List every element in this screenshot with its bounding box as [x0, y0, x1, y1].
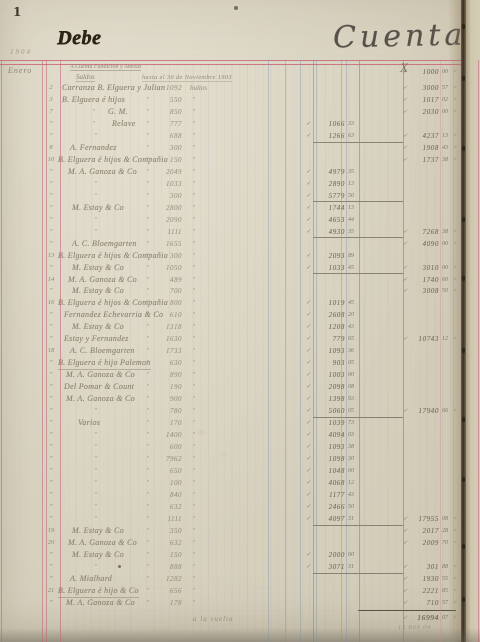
payee-name: ”	[94, 561, 97, 573]
ditto-mark: ”	[192, 501, 198, 513]
ditto-mark: ”	[192, 190, 198, 202]
ledger-row: ”M. Estay & Co”700”✓300850a	[0, 285, 480, 297]
ink-speck	[234, 6, 238, 10]
payee-name: M. Estay & Co	[72, 202, 124, 214]
entry-quantity: 610	[152, 309, 182, 321]
outer-amount: 2009	[408, 537, 439, 549]
ledger-row: ”””2090”✓465344	[0, 214, 480, 226]
ditto-mark: ”	[192, 154, 198, 166]
inner-amount-cents: 89	[348, 250, 359, 262]
payee-name: ”	[94, 214, 97, 226]
ditto-mark: ”	[192, 285, 198, 297]
entry-quantity: 850	[152, 106, 182, 118]
ditto-mark: ”	[192, 393, 198, 405]
inner-amount-cents: 08	[348, 381, 359, 393]
ledger-row: 18A. C. Bloemgarten”1733”✓109336	[0, 345, 480, 357]
entry-quantity: 777	[152, 118, 182, 130]
carry-forward-note: a la vuelta	[193, 615, 234, 623]
inner-amount-cents: 35	[348, 166, 359, 178]
ledger-row: 19M. Estay & Co”350”✓201728a	[0, 525, 480, 537]
outer-amount: 301	[408, 561, 439, 573]
ditto-mark: ”	[192, 369, 198, 381]
entry-quantity: 178	[152, 597, 182, 609]
entry-quantity: 1655	[152, 238, 182, 250]
ditto-mark: ”	[192, 477, 198, 489]
ditto-mark: ”	[192, 597, 198, 609]
ledger-row: ”””780”✓506005✓1794066a	[0, 405, 480, 417]
payee-name: G. M.	[108, 106, 128, 118]
ditto-mark: ”	[192, 381, 198, 393]
ditto-mark: ”	[192, 357, 198, 369]
payee-name: M. A. Ganoza & Co	[66, 369, 135, 381]
ledger-row: ”M. A. Ganoza & Co”178”✓71057a	[0, 597, 480, 609]
payee-name: ”	[94, 453, 97, 465]
inner-amount-cents: 43	[348, 321, 359, 333]
entry-quantity: 1111	[152, 226, 182, 238]
entry-quantity: 1111	[152, 513, 182, 525]
column-rule	[285, 60, 286, 642]
ditto-mark: ”	[192, 513, 198, 525]
outer-amount: 1000	[408, 66, 439, 78]
inner-amount-cents: 13	[348, 178, 359, 190]
ditto-mark: ”	[192, 94, 198, 106]
entry-quantity: 150	[152, 154, 182, 166]
payee-name: M. A. Ganoza & Co	[68, 537, 137, 549]
ledger-row: ”B. Elguera é hijo Palemon”630”✓90305	[0, 357, 480, 369]
ditto-mark: ”	[192, 321, 198, 333]
payee-name: M. A. Ganoza & Co	[66, 393, 135, 405]
ledger-row: 20M. A. Ganoza & Co”632”✓200970a	[0, 537, 480, 549]
ledger-row: ”””1111”✓493035✓726838a	[0, 226, 480, 238]
ditto-mark: ”	[192, 262, 198, 274]
outer-amount: 1908	[408, 142, 439, 154]
entry-quantity: 150	[152, 549, 182, 561]
entry-quantity: 1282	[152, 573, 182, 585]
ledger-page: 1 Debe Cuenta 1904 Enero A Cuenta Fundic…	[0, 0, 480, 642]
ledger-row: ”A. Mialhard”1282”✓193055a	[0, 573, 480, 585]
entry-quantity: 890	[152, 369, 182, 381]
payee-name: A. Fernandez	[70, 142, 117, 154]
ledger-row: 13B. Elguera é hijos & Compañia”300”✓209…	[0, 250, 480, 262]
ledger-row: 21B. Elguera é hijo & Co”656”✓222185a	[0, 585, 480, 597]
entry-quantity: 489	[152, 274, 182, 286]
entry-quantity: 7962	[152, 453, 182, 465]
payee-name: ”	[94, 477, 97, 489]
entry-quantity: 632	[152, 537, 182, 549]
ledger-row: ”””300”✓577950	[0, 190, 480, 202]
entry-quantity: 1033	[152, 178, 182, 190]
payee-name: ”	[94, 441, 97, 453]
stitch-dot	[462, 24, 466, 29]
payee-name: M. A. Ganoza & Co	[68, 166, 137, 178]
inner-amount-cents: 31	[348, 561, 359, 573]
ledger-row: ”””840”✓117743	[0, 489, 480, 501]
inner-amount-cents: 12	[348, 477, 359, 489]
entry-quantity: 2049	[152, 166, 182, 178]
ledger-row: ”””1400”✓409403	[0, 429, 480, 441]
ditto-mark: ”	[192, 405, 198, 417]
inner-amount-cents: 03	[348, 429, 359, 441]
outer-amount: 3008	[408, 285, 439, 297]
inner-amount-cents: 63	[348, 130, 359, 142]
payee-name: ”	[94, 226, 97, 238]
entry-quantity: 300	[152, 142, 182, 154]
entry-quantity: 300	[152, 250, 182, 262]
ledger-row: 3B. Elguera é hijos”550”✓101702a	[0, 94, 480, 106]
ledger-row: ”””600”✓109338	[0, 441, 480, 453]
payee-name: ”	[94, 178, 97, 190]
ditto-mark: ”	[192, 441, 198, 453]
ledger-row: 2Carranza B. Elguera y Julian1092bultos✓…	[0, 82, 480, 94]
entry-quantity: 300	[152, 190, 182, 202]
outer-amount: 7268	[408, 226, 439, 238]
ledger-row: ”””1111”✓409731✓1795508a	[0, 513, 480, 525]
ledger-row: ”””888”✓307131✓30188a	[0, 561, 480, 573]
inner-amount-cents: 05	[348, 357, 359, 369]
opening-row: ✓100000a	[0, 66, 480, 78]
outer-amount: 3010	[408, 262, 439, 274]
ditto-mark: ”	[192, 274, 198, 286]
entry-quantity: 600	[152, 441, 182, 453]
ditto-mark: ”	[192, 525, 198, 537]
stitch-dot	[462, 76, 466, 81]
column-rule	[1, 60, 2, 642]
payee-name: Relave	[112, 118, 136, 130]
ledger-row: ”M. A. Ganoza & Co”900”✓139893	[0, 393, 480, 405]
stitch-dot	[462, 417, 466, 422]
entry-quantity: 656	[152, 585, 182, 597]
ditto-mark: ”	[92, 118, 100, 130]
entry-quantity: 632	[152, 501, 182, 513]
ledger-row: ”””100”✓406812	[0, 477, 480, 489]
entry-quantity: 900	[152, 393, 182, 405]
outer-amount: 4090	[408, 238, 439, 250]
entry-quantity: 888	[152, 561, 182, 573]
inner-amount-cents: 20	[348, 309, 359, 321]
payee-name: ”	[94, 190, 97, 202]
payee-name: M. Estay & Co	[72, 321, 124, 333]
column-rule	[453, 60, 454, 642]
column-rule	[478, 60, 479, 642]
outer-amount: 1017	[408, 94, 439, 106]
outer-amount: 10743	[408, 333, 439, 345]
entry-quantity: 170	[152, 417, 182, 429]
inner-amount-cents: 31	[348, 513, 359, 525]
payee-name: M. Estay & Co	[72, 285, 124, 297]
stitch-dot	[462, 348, 466, 353]
column-rule	[60, 60, 61, 642]
inner-amount-cents: 30	[348, 453, 359, 465]
entry-quantity: 1400	[152, 429, 182, 441]
ditto-mark: ”	[192, 297, 198, 309]
payee-name: M. A. Ganoza & Co	[66, 597, 135, 609]
ledger-row: ””Relave”777”✓106633	[0, 118, 480, 130]
stitch-dot	[462, 276, 466, 281]
rows-layer: ✓100000a2Carranza B. Elguera y Julian109…	[0, 0, 480, 642]
ledger-row: ”””1033”✓289013	[0, 178, 480, 190]
payee-name: B. Elguera é hijos	[62, 94, 125, 106]
inner-amount-cents: 65	[348, 333, 359, 345]
inner-amount-cents: 33	[348, 118, 359, 130]
column-rule	[341, 60, 342, 642]
ditto-mark: ”	[192, 118, 198, 130]
ledger-row: 7”G. M.”850”✓203000a	[0, 106, 480, 118]
inner-amount-cents: 05	[348, 405, 359, 417]
outer-amount: 17955	[408, 513, 439, 525]
outer-amount: 1740	[408, 274, 439, 286]
ditto-mark: ”	[192, 106, 198, 118]
payee-name: Carranza B. Elguera y Julian	[62, 82, 165, 94]
payee-name: M. Estay & Co	[72, 549, 124, 561]
stitch-dot	[462, 146, 466, 151]
inner-amount-cents: 43	[348, 489, 359, 501]
ink-speck	[118, 565, 121, 568]
entry-quantity: 2800	[152, 202, 182, 214]
ditto-mark: ”	[192, 453, 198, 465]
stitch-dot	[462, 544, 466, 549]
stitch-dot	[462, 477, 466, 482]
ditto-mark: ”	[192, 561, 198, 573]
total-rule	[358, 610, 456, 611]
bottom-edge-shadow	[0, 628, 480, 642]
entry-quantity: 1733	[152, 345, 182, 357]
ledger-row: ”Estay y Fernandez”1630”✓77965✓1074312a	[0, 333, 480, 345]
quantity-unit: bultos	[190, 82, 234, 94]
column-rule	[313, 60, 314, 642]
ditto-mark: ”	[192, 214, 198, 226]
ditto-mark: ”	[192, 309, 198, 321]
ledger-row: ”M. Estay & Co”150”✓200000	[0, 549, 480, 561]
payee-name: ”	[94, 465, 97, 477]
payee-name: M. Estay & Co	[72, 262, 124, 274]
ledger-row: ”Del Pomar & Count”190”✓209808	[0, 381, 480, 393]
ditto-mark: ”	[192, 226, 198, 238]
column-rule	[268, 60, 269, 642]
inner-amount-cents: 00	[348, 369, 359, 381]
payee-name: A. C. Bloemgarten	[70, 345, 135, 357]
ditto-mark: ”	[192, 417, 198, 429]
ledger-row: ”””650”✓104800	[0, 465, 480, 477]
ditto-mark: ”	[192, 585, 198, 597]
payee-name: ”	[94, 429, 97, 441]
outer-amount: 4237	[408, 130, 439, 142]
entry-quantity: 190	[152, 381, 182, 393]
ledger-row: ”M. Estay & Co”1318”✓120843	[0, 321, 480, 333]
ditto-mark: ”	[192, 549, 198, 561]
inner-amount-cents: 93	[348, 393, 359, 405]
payee-name: M. A. Ganoza & Co	[68, 274, 137, 286]
inner-amount-cents: 00	[348, 465, 359, 477]
payee-name: ”	[94, 405, 97, 417]
payee-name: A. C. Bloemgarten	[72, 238, 137, 250]
payee-name: ”	[94, 513, 97, 525]
inner-amount-cents: 38	[348, 441, 359, 453]
entry-quantity: 700	[152, 285, 182, 297]
column-rule	[403, 60, 404, 642]
ditto-mark: ”	[92, 106, 100, 118]
inner-amount-cents: 00	[348, 549, 359, 561]
inner-amount-cents: 50	[348, 501, 359, 513]
entry-quantity: 688	[152, 130, 182, 142]
entry-quantity: 1092	[152, 82, 182, 94]
ditto-mark: ”	[192, 250, 198, 262]
payee-name: M. Estay & Co	[72, 525, 124, 537]
ditto-mark: ”	[192, 142, 198, 154]
outer-amount: 16994	[408, 612, 439, 624]
paper-stain	[220, 452, 228, 458]
ditto-mark: ”	[192, 489, 198, 501]
column-rule	[300, 60, 301, 642]
total-row: ✓1699407a	[0, 612, 480, 624]
ditto-mark: ”	[192, 130, 198, 142]
entry-quantity: 630	[152, 357, 182, 369]
outer-amount: 1930	[408, 573, 439, 585]
ditto-mark: ”	[192, 345, 198, 357]
inner-amount-cents: 50	[348, 190, 359, 202]
entry-quantity: 550	[152, 94, 182, 106]
ledger-row: 10B. Elguera é hijos & Compañia”150”✓173…	[0, 154, 480, 166]
outer-amount: 1737	[408, 154, 439, 166]
ledger-row: 14M. A. Ganoza & Co”489”✓174060a	[0, 274, 480, 286]
entry-quantity: 780	[152, 405, 182, 417]
payee-name: ”	[94, 501, 97, 513]
entry-quantity: 1630	[152, 333, 182, 345]
entry-quantity: 1318	[152, 321, 182, 333]
column-rule	[359, 60, 360, 642]
entry-quantity: 840	[152, 489, 182, 501]
stitch-dot	[462, 597, 466, 602]
inner-amount-cents: 73	[348, 417, 359, 429]
ditto-mark: ”	[192, 238, 198, 250]
entry-quantity: 350	[152, 525, 182, 537]
paper-stain	[196, 428, 206, 436]
ditto-mark: ”	[192, 573, 198, 585]
page-edge-shadow	[448, 0, 461, 642]
outer-amount: 2221	[408, 585, 439, 597]
payee-name: Estay y Fernandez	[64, 333, 129, 345]
entry-quantity: 2090	[152, 214, 182, 226]
ledger-row: ”M. A. Ganoza & Co”2049”✓497935	[0, 166, 480, 178]
inner-amount-cents: 13	[348, 202, 359, 214]
entry-quantity: 650	[152, 465, 182, 477]
entry-quantity: 100	[152, 477, 182, 489]
outer-amount: 2030	[408, 106, 439, 118]
ditto-mark: ”	[192, 537, 198, 549]
column-rule	[316, 60, 317, 642]
ditto-mark: ”	[192, 166, 198, 178]
outer-amount: 2017	[408, 525, 439, 537]
payee-name: ”	[94, 489, 97, 501]
ditto-mark: ”	[192, 178, 198, 190]
inner-amount-cents: 36	[348, 345, 359, 357]
column-rule	[46, 60, 47, 642]
payee-name: Del Pomar & Count	[64, 381, 134, 393]
stitch-dot	[462, 217, 466, 222]
outer-amount: 710	[408, 597, 439, 609]
ledger-row: ”M. A. Ganoza & Co”890”✓100300	[0, 369, 480, 381]
inner-amount-cents: 45	[348, 262, 359, 274]
inner-amount-cents: 45	[348, 297, 359, 309]
ledger-row: ”””632”✓246650	[0, 501, 480, 513]
ledger-row: ”Fernandez Echevarria & Co”610”✓260820	[0, 309, 480, 321]
inner-amount-cents: 44	[348, 214, 359, 226]
ledger-row: ”””7962”✓109830	[0, 453, 480, 465]
payee-name: A. Mialhard	[70, 573, 112, 585]
entry-quantity: 1050	[152, 262, 182, 274]
payee-name: ”	[94, 130, 97, 142]
ledger-row: ”””688”✓126663✓423713a	[0, 130, 480, 142]
column-rule	[346, 60, 347, 642]
ditto-mark: ”	[192, 202, 198, 214]
ledger-row: ”A. C. Bloemgarten”1655”✓409000a	[0, 238, 480, 250]
outer-amount: 3000	[408, 82, 439, 94]
payee-name: Varios	[78, 417, 100, 429]
ditto-mark: ”	[192, 465, 198, 477]
ditto-mark: ”	[192, 333, 198, 345]
ledger-row: 8A. Fernandez”300”✓190843a	[0, 142, 480, 154]
ledger-row: ”Varios”170”✓103973	[0, 417, 480, 429]
ledger-row: ”M. Estay & Co”1050”✓103345✓301000a	[0, 262, 480, 274]
outer-amount: 17940	[408, 405, 439, 417]
inner-amount-cents: 35	[348, 226, 359, 238]
column-rule	[42, 60, 43, 642]
column-rule	[440, 60, 441, 642]
ledger-row: ”M. Estay & Co”2800”✓174413	[0, 202, 480, 214]
entry-quantity: 800	[152, 297, 182, 309]
ledger-row: 16B. Elguera é hijos & Compañia”800”✓101…	[0, 297, 480, 309]
